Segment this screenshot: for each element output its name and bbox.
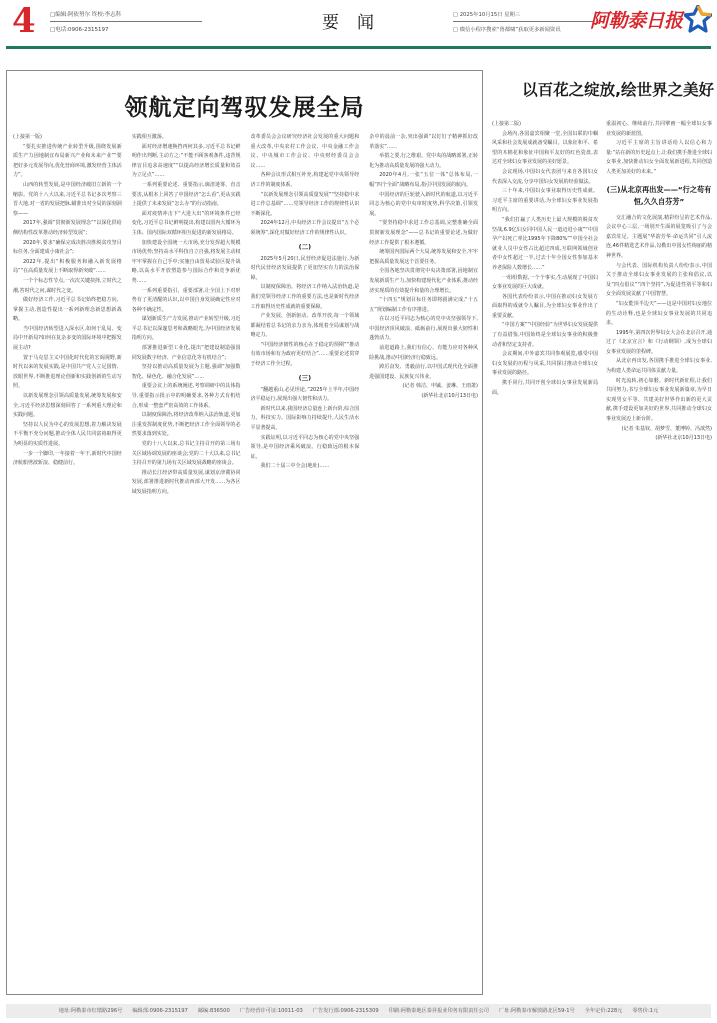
article-paragraph: 会议期间,中外嘉宾共同参观展览,感受中国妇女发展的历程与风采,共同探讨推动全球妇… [492, 350, 598, 379]
article-paragraph: 会场内,各国嘉宾相聚一堂,全国妇联的巾帼风采和社会发展成就备受瞩目。以象征和平、… [492, 130, 598, 168]
article-paragraph: 踔厉奋发、勇毅前行,以中国式现代化全面推进强国建设、民族复兴伟业。 [369, 363, 478, 382]
article-paragraph: 产业发展、创新驱动、改革开放,每一个领域都凝结着总书记的亲力亲为,体现着全局谋划… [251, 312, 360, 341]
article-paragraph: 部署推进新型工业化,提出“把建设制造强国同发展数字经济、产业信息化等有机结合”; [132, 344, 241, 363]
newspaper-logo-icon [684, 5, 712, 33]
footer-item: 邮编:836500 [198, 1008, 230, 1014]
article-paragraph: 实践证明,以习近平同志为核心的党中央坚强领导,是中国经济乘风破浪、行稳致远的根本… [251, 434, 360, 463]
editor-line: □编辑:阿依努尔 终校:李志科 [50, 10, 202, 22]
article-paragraph: 实践相互激荡。 [132, 133, 241, 143]
article-paragraph: 置于马克思主义中国化时代化的宏阔视野,新时代以来的发展实践,是中国共产党人立足国… [13, 354, 122, 392]
article-paragraph: 坚持以人民为中心的发展思想,着力解决发展不平衡不充分问题,推动全体人民共同富裕取… [13, 421, 122, 450]
section-subhead: (三)从北京再出发——“行之苟有恒,久久自芬芳” [606, 184, 712, 208]
footer-item: 印刷:阿勒泰地区泰昇报业印务有限责任公司 [389, 1008, 489, 1014]
lead-article-headline: 领航定向驾驭发展全局 [7, 89, 482, 122]
article-paragraph: 交汇融合的文化展演,精彩纷呈的艺术作品,会议中心三层,一场别开生面的展览吸引了与… [606, 214, 712, 262]
phone-line: □电话:0906-2315197 [50, 22, 202, 33]
article-paragraph: 一步一个脚印,一年接着一年干,新时代中国经济航船劈波斩浪、稳健前行。 [13, 450, 122, 469]
article-paragraph: 前进道路上,我们有信心、有能力应对各种风险挑战,推动中国经济行稳致远。 [369, 344, 478, 363]
article-paragraph: 重温初心、继续前行,共同擘画一幅全球妇女事业发展的新蓝图。 [606, 120, 712, 139]
footer-item: 地址:阿勒泰市红墩路296号 [59, 1008, 123, 1014]
article-paragraph: 一系列重要论述、重要指示,廓清迷雾、直击要害,从根本上回答了中国经济“怎么看”,… [132, 181, 241, 210]
article-paragraph: 全国各地坚决贯彻党中央决策部署,因地制宜发展新质生产力,加快构建现代化产业体系,… [369, 267, 478, 296]
article-paragraph: 新时代以来,我国经济总量连上新台阶,综合国力、科技实力、国际影响力持续提升,人民… [251, 405, 360, 434]
article-paragraph: 与会代表、国际机构负责人纷纷表示,中国关于推动全球妇女事业发展的主张和倡议,以及… [606, 262, 712, 300]
article-column: 实践相互激荡。面对经济增速换挡再何其多,习近平总书记鲜明作出判断,主动方之:“不… [132, 133, 241, 988]
article-paragraph: 习近平主席的主旨讲话给人以信心和力量:“站在新的历史起点上,让我们携手推进全球妇… [606, 139, 712, 177]
article-paragraph: 1995年,第四次世界妇女大会在北京召开,通过了《北京宣言》和《行动纲领》,成为… [606, 329, 712, 358]
article-paragraph: 改革委员会会议研究经济社会发展的重大问题和重大改革,中央农村工作会议、中央金融工… [251, 133, 360, 171]
article-paragraph: 一组组数据,一个个事实,生动展现了中国妇女事业发展的巨大成就。 [492, 274, 598, 293]
article-paragraph: 各国代表纷纷表示,中国在推动妇女发展方面取得的成就令人瞩目,为全球妇女事业作出了… [492, 293, 598, 322]
article-paragraph: “中国经济韧性的核心在于稳定的预期”“推动有效市场和有为政府更好结合”……重要论… [251, 341, 360, 370]
article-paragraph: 山西的转型发展,是中国经济破旧立新的一个缩影。党的十八大以来,习近平总书记多次考… [13, 181, 122, 219]
article-paragraph: 杂中的晨前一杂,突出强调“以钉钉子精神抓好改革落实”…… [369, 133, 478, 152]
article-paragraph: “要坚持稳中求进工作总基调,完整准确全面贯彻新发展理念”——总书记的重要论述,为… [369, 219, 478, 248]
article-column: (上接第一版)“要扎实推进传统产业转型升级,围绕发展新质生产力因地制宜布局新兴产… [13, 133, 122, 988]
article-paragraph: 一系列重要指引、重要部署,让全国上下对形势有了更清醒的认识,以中国自身发展确定性… [132, 287, 241, 316]
article-paragraph: 2017年,强调“贯彻新发展理念”“以深化供给侧结构性改革推动经济转型发展”; [13, 219, 122, 238]
article-paragraph: 一个个标志性节点,一次次关键抉择,立时代之潮,答时代之问,谋时代之变。 [13, 277, 122, 296]
article-paragraph: 以制度保障治。将经济工作纳入法治轨道,是我们党领导经济工作的重要方法,也是新时代… [251, 283, 360, 312]
article-column: 改革委员会会议研究经济社会发展的重大问题和重大改革,中央农村工作会议、中央金融工… [251, 133, 360, 988]
article-paragraph: 面对疫情冲击下“大进大出”的环境条件已经变化,习近平总书记鲜明提出,构建以国内大… [132, 210, 241, 239]
footer-item: 编辑部:0906-2315197 [132, 1008, 188, 1014]
section-subhead: (二) [251, 239, 360, 255]
article-paragraph: 2020年,要求“确保完成决胜决胜脱贫攻坚目标任务,全面建成小康社会”; [13, 239, 122, 258]
article-paragraph: “要扎实推进传统产业转型升级,围绕发展新质生产力因地制宜布局新兴产业和未来产业”… [13, 143, 122, 181]
article-column: 杂中的晨前一杂,突出强调“以钉钉子精神抓好改革落实”……举措之要,行之维艰。党中… [369, 133, 478, 988]
side-article-body: (上接第二版)会场内,各国嘉宾相聚一堂,全国妇联的巾帼风采和社会发展成就备受瞩目… [492, 120, 712, 995]
side-article-headline: 以百花之绽放,绘世界之美好 [492, 78, 714, 100]
article-credit: (记者 韩洁、申铖、姜琳、王雨萧) [369, 382, 478, 392]
section-title: 要闻 [322, 8, 392, 33]
article-credit: (记者 朱基钗、胡梦雪、董博婷、冯歆然) [606, 425, 712, 435]
article-paragraph: (上接第二版) [492, 120, 598, 130]
article-paragraph: 当中国经济转型进入深水区,如何于乱局、变局中开新局?如何在复杂多变的国际环境中把… [13, 325, 122, 354]
footer-item: 厂址:阿勒泰市解放路北区59-1号 [499, 1008, 575, 1014]
article-paragraph: 加快建设全国统一大市场,充分发挥超大规模市场优势;坚持高水平科技自立自强,将发展… [132, 239, 241, 287]
editor-info: □编辑:阿依努尔 终校:李志科 □电话:0906-2315197 [50, 10, 202, 33]
footer-item: 全年定价:228元 [585, 1008, 623, 1014]
page-masthead: 4 □编辑:阿依努尔 终校:李志科 □电话:0906-2315197 要闻 □ … [0, 0, 717, 46]
article-paragraph: 谋划新质生产力发展,推动产业转型升级,习近平总书记以深邃思考和战略眼光,为中国经… [132, 315, 241, 344]
article-paragraph: 重要会议上的系统阐述,考察调研中的具体指导,重要指示批示中的明确要求,各种方式有… [132, 382, 241, 411]
article-paragraph: 党的十八大以来,总书记主持召开的第三场有关区域协调发展的座谈会;党的二十大以来,… [132, 440, 241, 469]
article-paragraph: 我们二十届三中全会(地址)…… [251, 462, 360, 472]
footer-item: 零售价:1元 [632, 1008, 658, 1014]
article-paragraph: 在以习近平同志为核心的党中央坚强领导下,中国经济顶风破浪、砥砺前行,展现出强大韧… [369, 315, 478, 344]
article-paragraph: 2025年5月20日,民营经济促进法施行,为新时代民营经济发展提供了更加坚实有力… [251, 255, 360, 284]
article-paragraph: 各种会议形式相互补充,构建起党中央领导经济工作的制度体系。 [251, 171, 360, 190]
article-paragraph: “妇女能顶半边天”——这是中国对妇女地位的生动诠释,也是全球妇女事业发展的共同追… [606, 300, 712, 329]
page-footer: 地址:阿勒泰市红墩路296号编辑部:0906-2315197邮编:836500广… [6, 1004, 711, 1018]
article-paragraph: 携手同行,共同开创全球妇女事业发展新局面。 [492, 379, 598, 398]
article-paragraph: 中国经济的巨轮驶入新时代的航道,以习近平同志为核心的党中央审时度势,科学决策,引… [369, 191, 478, 220]
article-paragraph: “以新发展理念引领高质量发展”“坚持稳中求进工作总基调”……党领导经济工作的规律… [251, 191, 360, 220]
footer-item: 广告经营许可证:10011-03 [240, 1008, 303, 1014]
newspaper-brand: 阿勒泰日报 [590, 6, 683, 33]
article-paragraph: “我们打赢了人类历史上最大规模的脱贫攻坚战,6.9亿妇女同中国人民一道迈进小康”… [492, 216, 598, 274]
article-paragraph: 以制度保障治,将经济改革纳入法治轨道,更加注重发挥制度优势,不断把经济工作全面领… [132, 411, 241, 440]
article-paragraph: 会议现场,中国妇女代表团与来自各国妇女代表深入交流,分享中国妇女发展的经验做法。 [492, 168, 598, 187]
article-credit: (新华社北京10月13日电) [369, 392, 478, 402]
article-paragraph: 三十年来,中国妇女事业取得历史性成就。习近平主席的重要讲话,为全球妇女事业发展指… [492, 187, 598, 216]
footer-item: 广告发行部:0906-2315309 [313, 1008, 379, 1014]
article-paragraph: 坚持以推动高质量发展为主题,强调“加强数智化、绿色化、融合化发展”…… [132, 363, 241, 382]
article-credit: (新华社北京10月13日电) [606, 434, 712, 444]
article-paragraph: (上接第一版) [13, 133, 122, 143]
lead-article: 领航定向驾驭发展全局 (上接第一版)“要扎实推进传统产业转型升级,围绕发展新质生… [6, 70, 483, 995]
article-paragraph: 面对经济增速换挡再何其多,习近平总书记鲜明作出判断,主动方之:“不能不顾客观条件… [132, 143, 241, 181]
article-paragraph: 做好经济工作,习近平总书记始终把稳方向、掌握主动,创造性提出一系列新理念新思想新… [13, 296, 122, 325]
article-paragraph: 时光流转,初心如磐。新时代新征程,让我们共同努力,书写全球妇女事业发展新篇章,为… [606, 377, 712, 425]
masthead-rule [6, 46, 711, 49]
article-column: (上接第二版)会场内,各国嘉宾相聚一堂,全国妇联的巾帼风采和社会发展成就备受瞩目… [492, 120, 598, 995]
article-paragraph: “中国方案”“中国经验”为世界妇女发展提供了有益借鉴,中国始终是全球妇女事业的积… [492, 321, 598, 350]
article-paragraph: 2020年4月,一张“五位一体”总体布局,一幅“四个全面”战略布局,指引中国发展… [369, 171, 478, 190]
section-subhead: (三) [251, 370, 360, 386]
article-paragraph: 以新发展理念引领高质量发展,统筹发展和安全,习近平经济思想深刻回答了一系列重大理… [13, 392, 122, 421]
article-paragraph: “翻越重山,必见坦途。”2025年上半年,中国经济平稳运行,展现出强大韧性和活力… [251, 386, 360, 405]
page-number: 4 [12, 2, 36, 40]
article-paragraph: 从北京再出发,各国携手推进全球妇女事业,为构建人类命运共同体贡献力量。 [606, 357, 712, 376]
article-paragraph: 2024年12月,中央经济工作会议提出“五个必须统筹”,深化对做好经济工作的规律… [251, 219, 360, 238]
article-paragraph: “十四五”规划目标任务即将圆满完成,“十五五”规划编制工作有序推进。 [369, 296, 478, 315]
article-column: 重温初心、继续前行,共同擘画一幅全球妇女事业发展的新蓝图。习近平主席的主旨讲话给… [606, 120, 712, 995]
article-paragraph: 2022年,提出“积极服务和融入新发展格局”“在高质量发展上不断取得新突破”…… [13, 258, 122, 277]
date-line: □ 2025年10月15日 星期三 [453, 10, 593, 22]
wechat-line: □ 微信小程序搜索“鲁都啸”获取更多新闻资讯 [453, 22, 593, 33]
article-paragraph: 推动长江经济带高质量发展,谋划京津冀协同发展,部署推进新时代推动西部大开发……为… [132, 469, 241, 498]
issue-info: □ 2025年10月15日 星期三 □ 微信小程序搜索“鲁都啸”获取更多新闻资讯 [453, 10, 593, 33]
article-paragraph: 举措之要,行之维艰。党中央的战略部署,正转化为推动高质量发展的强大动力。 [369, 152, 478, 171]
article-paragraph: 统筹国内国际两个大局,统筹发展和安全,牢牢把握高质量发展这个首要任务。 [369, 248, 478, 267]
lead-article-body: (上接第一版)“要扎实推进传统产业转型升级,围绕发展新质生产力因地制宜布局新兴产… [13, 133, 478, 988]
